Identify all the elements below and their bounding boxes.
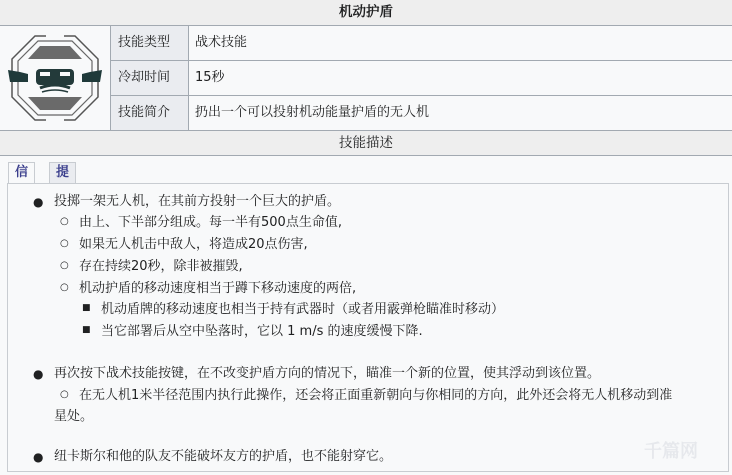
list-item: 当它部署后从空中坠落时，它以 1 m/s 的速度缓慢下降. (101, 322, 423, 342)
info-row-summary: 技能简介 扔出一个可以投射机动能量护盾的无人机 (111, 96, 732, 130)
watermark: 千篇网 (644, 437, 698, 463)
skill-info-table: 技能类型 战术技能 冷却时间 15秒 技能简介 扔出一个可以投射机动能量护盾的无… (0, 26, 732, 131)
list-item: 投掷一架无人机，在其前方投射一个巨大的护盾。 (54, 192, 340, 212)
info-label: 冷却时间 (111, 61, 189, 95)
bullet-circle: ○ (60, 260, 69, 271)
info-label: 技能类型 (111, 26, 189, 60)
tab-tips[interactable]: 提示 (49, 162, 76, 184)
bullet-circle: ○ (60, 282, 69, 293)
tab-info[interactable]: 信息 (8, 162, 35, 185)
info-value: 战术技能 (189, 26, 247, 60)
list-item-continuation: 星处。 (54, 407, 93, 427)
list-item: 存在持续20秒，除非被摧毁, (79, 257, 243, 277)
bullet-disc: ● (33, 450, 43, 464)
drone-shield-emblem-icon (0, 26, 110, 130)
info-row-type: 技能类型 战术技能 (111, 26, 732, 61)
bullet-circle: ○ (60, 238, 69, 249)
info-label: 技能简介 (111, 96, 189, 130)
bullet-square: ■ (82, 325, 91, 335)
list-item: 机动盾牌的移动速度也相当于持有武器时（或者用霰弹枪瞄准时移动） (101, 300, 504, 320)
list-item: 机动护盾的移动速度相当于蹲下移动速度的两倍, (79, 279, 356, 299)
list-item: 如果无人机击中敌人，将造成20点伤害, (79, 235, 308, 255)
list-item: 在无人机1米半径范围内执行此操作，还会将正面重新朝向与你相同的方向，此外还会将无… (79, 386, 672, 406)
list-item: 再次按下战术技能按键，在不改变护盾方向的情况下，瞄准一个新的位置，使其浮动到该位… (54, 364, 600, 384)
tab-panel-info: ● 投掷一架无人机，在其前方投射一个巨大的护盾。 ○ 由上、下半部分组成。每一半… (7, 183, 729, 472)
skill-title: 机动护盾 (0, 0, 732, 26)
bullet-disc: ● (33, 195, 43, 209)
bullet-disc: ● (33, 367, 43, 381)
description-header: 技能描述 (0, 131, 732, 156)
bullet-circle: ○ (60, 216, 69, 227)
bullet-square: ■ (82, 303, 91, 313)
list-item: 纽卡斯尔和他的队友不能破坏友方的护盾，也不能射穿它。 (54, 447, 392, 467)
info-value: 扔出一个可以投射机动能量护盾的无人机 (189, 96, 429, 130)
list-item: 由上、下半部分组成。每一半有500点生命值, (79, 213, 342, 233)
bullet-circle: ○ (60, 389, 69, 400)
skill-icon-cell (0, 26, 111, 130)
info-value: 15秒 (189, 61, 225, 95)
info-row-cooldown: 冷却时间 15秒 (111, 61, 732, 96)
